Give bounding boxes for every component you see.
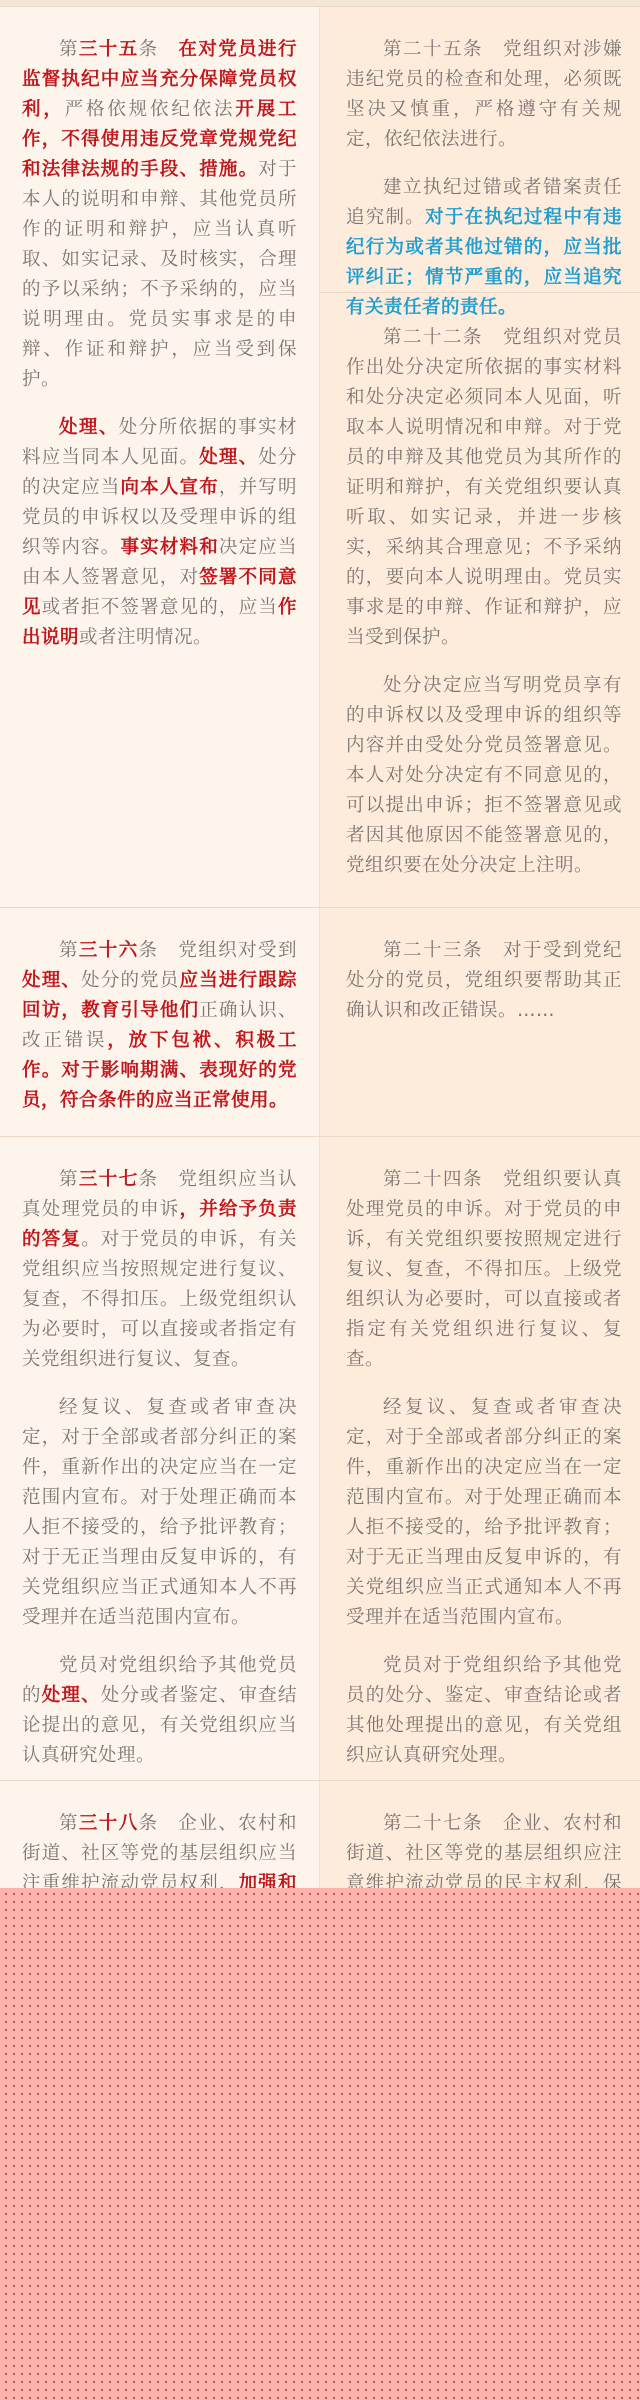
highlighted-text-red: 三十八: [79, 1813, 139, 1834]
body-text: 第: [59, 1813, 79, 1834]
paragraph: 党员对党组织给予其他党员的处理、处分或者鉴定、审查结论提出的意见，有关党组织应当…: [22, 1651, 297, 1771]
body-text: 第: [59, 940, 79, 961]
new-rule-column: 第三十六条 党组织对受到处理、处分的党员应当进行跟踪回访，教育引导他们正确认识、…: [0, 908, 320, 1136]
body-text: 党员对于党组织给予其他党员的处分、鉴定、审查结论或者其他处理提出的意见，有关党组…: [346, 1655, 622, 1766]
old-rule-column: 第二十四条 党组织要认真处理党员的申诉。对于党员的申诉，有关党组织要按照规定进行…: [320, 1137, 640, 1780]
highlighted-text-red: 三十六: [79, 940, 139, 961]
old-rule-column: 第二十五条 党组织对涉嫌违纪党员的检查和处理，必须既坚决又慎重，严格遵守有关规定…: [320, 7, 640, 907]
body-text: 第二十三条 对于受到党纪处分的党员，党组织要帮助其正确认识和改正错误。……: [346, 940, 622, 1021]
paragraph: 第二十二条 党组织对党员作出处分决定所依据的事实材料和处分决定必须同本人见面，听…: [346, 323, 622, 653]
paragraph: 第三十六条 党组织对受到处理、处分的党员应当进行跟踪回访，教育引导他们正确认识、…: [22, 936, 297, 1116]
paragraph: 经复议、复查或者审查决定，对于全部或者部分纠正的案件，重新作出的决定应当在一定范…: [22, 1393, 297, 1633]
body-text: 对于本人的说明和申辩、其他党员所作的证明和辩护，应当认真听取、如实记录、及时核实…: [22, 159, 297, 390]
dotted-pink-overlay: [0, 1888, 640, 2400]
highlighted-text-red: 处理、: [59, 417, 119, 438]
body-text: 第二十五条 党组织对涉嫌违纪党员的检查和处理，必须既坚决又慎重，严格遵守有关规定…: [346, 39, 622, 150]
body-text: 条 党组织对受到: [139, 940, 297, 961]
section-article-35: 第三十五条 在对党员进行监督执纪中应当充分保障党员权利，严格依规依纪依法开展工作…: [0, 6, 640, 907]
body-text: 第二十二条 党组织对党员作出处分决定所依据的事实材料和处分决定必须同本人见面，听…: [346, 327, 622, 648]
highlighted-text-red: 处理、: [22, 970, 81, 991]
new-rule-column: 第三十七条 党组织应当认真处理党员的申诉，并给予负责的答复。对于党员的申诉，有关…: [0, 1137, 320, 1780]
body-text: 或者拒不签署意见的，应当: [42, 597, 278, 618]
paragraph: 第二十五条 党组织对涉嫌违纪党员的检查和处理，必须既坚决又慎重，严格遵守有关规定…: [346, 35, 622, 155]
highlighted-text-red: 处理、: [42, 1685, 101, 1706]
new-rule-column: 第三十五条 在对党员进行监督执纪中应当充分保障党员权利，严格依规依纪依法开展工作…: [0, 7, 320, 907]
paragraph: 第三十五条 在对党员进行监督执纪中应当充分保障党员权利，严格依规依纪依法开展工作…: [22, 35, 297, 395]
section-article-36: 第三十六条 党组织对受到处理、处分的党员应当进行跟踪回访，教育引导他们正确认识、…: [0, 907, 640, 1136]
paragraph: 第三十七条 党组织应当认真处理党员的申诉，并给予负责的答复。对于党员的申诉，有关…: [22, 1165, 297, 1375]
old-rule-block-22: 第二十二条 党组织对党员作出处分决定所依据的事实材料和处分决定必须同本人见面，听…: [320, 293, 640, 903]
body-text: 第二十四条 党组织要认真处理党员的申诉。对于党员的申诉，有关党组织要按照规定进行…: [346, 1169, 622, 1370]
body-text: 第: [59, 39, 79, 60]
body-text: 经复议、复查或者审查决定，对于全部或者部分纠正的案件，重新作出的决定应当在一定范…: [346, 1397, 622, 1628]
body-text: 处分决定应当写明党员享有的申诉权以及受理申诉的组织等内容并由受处分党员签署意见。…: [346, 675, 622, 876]
body-text: 处分的党员: [81, 970, 179, 991]
highlighted-text-red: 事实材料和: [120, 537, 218, 558]
paragraph: 党员对于党组织给予其他党员的处分、鉴定、审查结论或者其他处理提出的意见，有关党组…: [346, 1651, 622, 1771]
body-text: 或者注明情况。: [79, 627, 212, 648]
highlighted-text-red: 三十五: [79, 39, 139, 60]
old-rule-block-25: 第二十五条 党组织对涉嫌违纪党员的检查和处理，必须既坚决又慎重，严格遵守有关规定…: [320, 7, 640, 293]
body-text: 经复议、复查或者审查决定，对于全部或者部分纠正的案件，重新作出的决定应当在一定范…: [22, 1397, 297, 1628]
highlighted-text-red: 向本人宣布: [120, 477, 218, 498]
paragraph: 处分决定应当写明党员享有的申诉权以及受理申诉的组织等内容并由受处分党员签署意见。…: [346, 671, 622, 881]
paragraph: 经复议、复查或者审查决定，对于全部或者部分纠正的案件，重新作出的决定应当在一定范…: [346, 1393, 622, 1633]
body-text: 条: [139, 39, 179, 60]
body-text: 第: [59, 1169, 79, 1190]
paragraph: 第二十四条 党组织要认真处理党员的申诉。对于党员的申诉，有关党组织要按照规定进行…: [346, 1165, 622, 1375]
paragraph: 第二十三条 对于受到党纪处分的党员，党组织要帮助其正确认识和改正错误。……: [346, 936, 622, 1026]
highlighted-text-red: 处理、: [199, 447, 258, 468]
section-article-37: 第三十七条 党组织应当认真处理党员的申诉，并给予负责的答复。对于党员的申诉，有关…: [0, 1136, 640, 1780]
body-text: 。对于党员的申诉，有关党组织应当按照规定进行复议、复查，不得扣压。上级党组织认为…: [22, 1229, 297, 1370]
old-rule-column: 第二十三条 对于受到党纪处分的党员，党组织要帮助其正确认识和改正错误。……: [320, 908, 640, 1136]
body-text: 严格依规依纪依法: [65, 99, 236, 120]
paragraph: 处理、处分所依据的事实材料应当同本人见面。处理、处分的决定应当向本人宣布，并写明…: [22, 413, 297, 653]
comparison-document: 第三十五条 在对党员进行监督执纪中应当充分保障党员权利，严格依规依纪依法开展工作…: [0, 0, 640, 2181]
highlighted-text-red: 三十七: [79, 1169, 139, 1190]
